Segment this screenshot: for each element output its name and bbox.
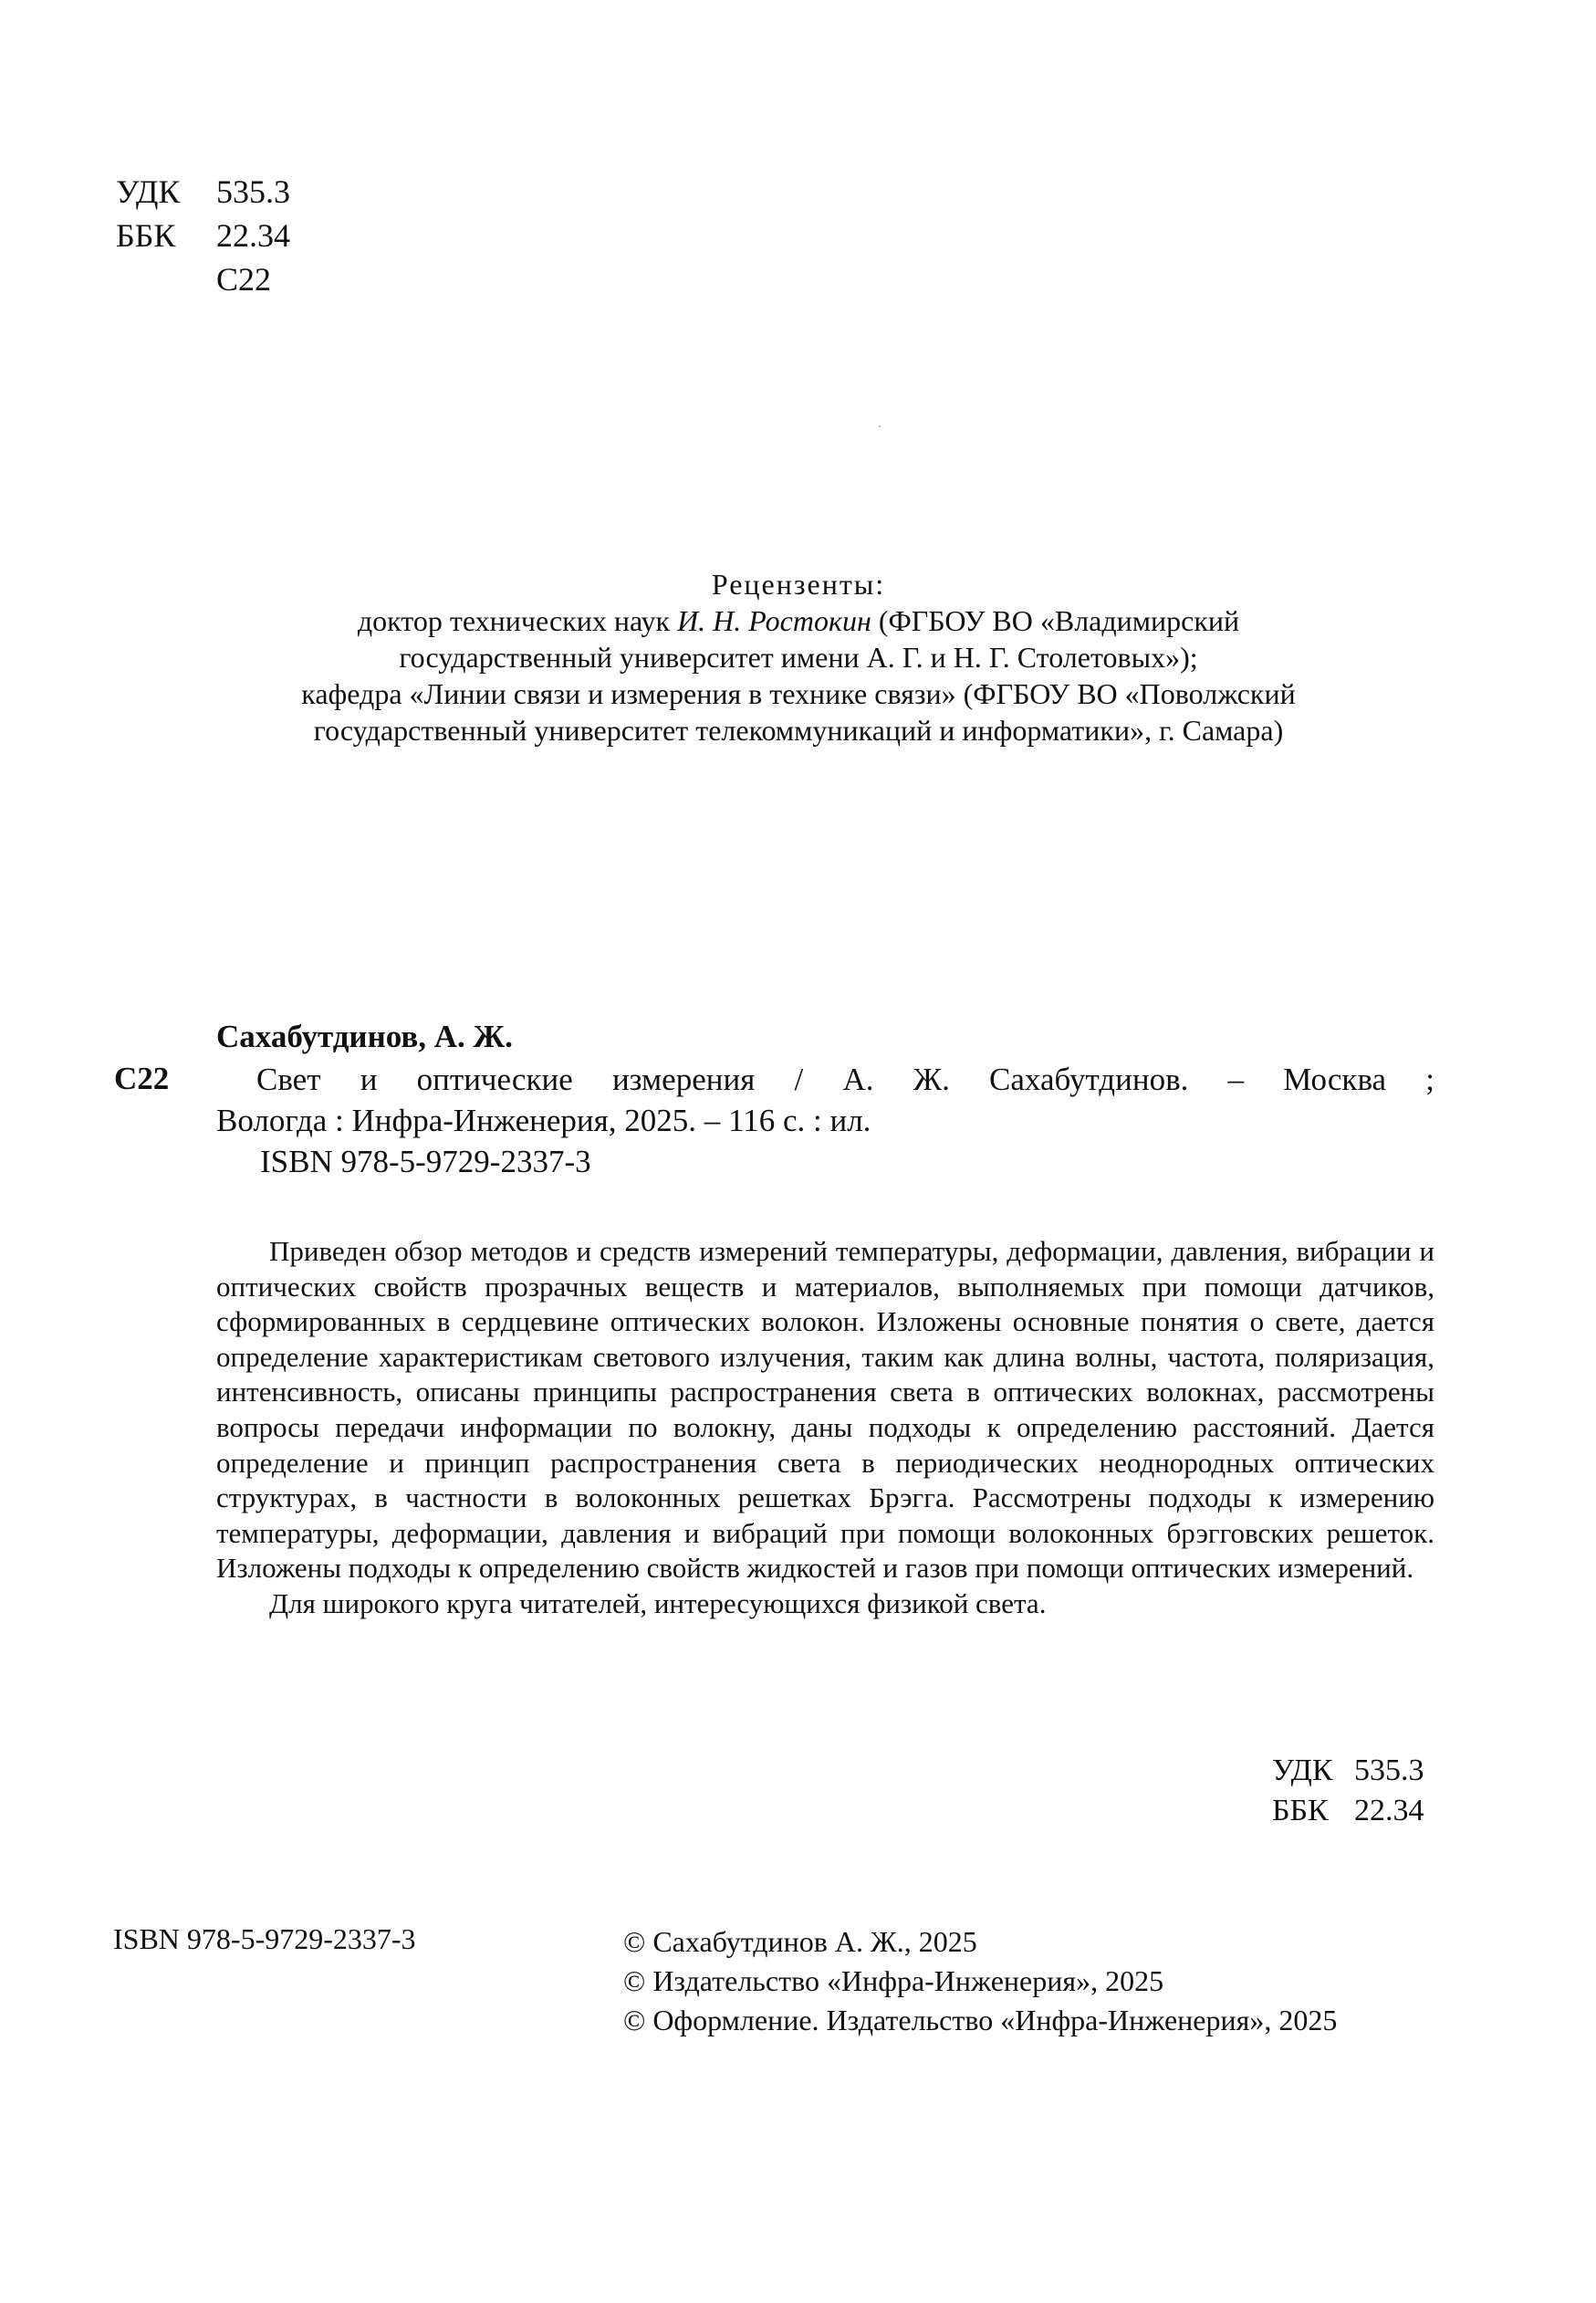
copyright-block: © Сахабутдинов А. Ж., 2025 © Издательств…	[623, 1922, 1337, 2040]
bbk-row: ББК 22.34	[116, 214, 290, 257]
reviewer-line-2: государственный университет имени А. Г. …	[146, 639, 1451, 675]
udk-value: 535.3	[216, 170, 290, 214]
audience-paragraph: Для широкого круга читателей, интересующ…	[216, 1586, 1434, 1622]
abstract: Приведен обзор методов и средств измерен…	[216, 1234, 1434, 1622]
classification-block-top: УДК 535.3 ББК 22.34 С22	[116, 170, 290, 301]
reviewer-name: И. Н. Ростокин	[677, 604, 871, 637]
copyright-line: © Сахабутдинов А. Ж., 2025	[623, 1922, 1337, 1962]
reviewers-title: Рецензенты:	[146, 566, 1451, 602]
udk-label: УДК	[116, 170, 216, 214]
bbk-label: ББК	[1272, 1791, 1354, 1831]
bbk-value: 22.34	[1354, 1791, 1424, 1831]
udk-row: УДК 535.3	[116, 170, 290, 214]
abstract-paragraph: Приведен обзор методов и средств измерен…	[216, 1234, 1434, 1586]
classification-block-bottom: УДК 535.3 ББК 22.34	[1272, 1751, 1424, 1831]
title-line: Свет и оптические измерения / А. Ж. Саха…	[216, 1059, 1434, 1100]
reviewers-block: Рецензенты: доктор технических наук И. Н…	[146, 566, 1451, 748]
udk-label: УДК	[1272, 1751, 1354, 1791]
bbk-label: ББК	[116, 214, 216, 257]
scan-speck	[879, 425, 881, 427]
copyright-line: © Издательство «Инфра-Инженерия», 2025	[623, 1962, 1337, 2001]
udk-value: 535.3	[1354, 1751, 1424, 1791]
cutter-code-bibliography: С22	[114, 1061, 169, 1097]
isbn-line: ISBN 978-5-9729-2337-3	[216, 1141, 1434, 1182]
bibliographic-record: Свет и оптические измерения / А. Ж. Саха…	[216, 1059, 1434, 1182]
author-heading: Сахабутдинов, А. Ж.	[216, 1019, 513, 1055]
bbk-value: 22.34	[216, 214, 290, 257]
reviewer-line-4: государственный университет телекоммуник…	[146, 712, 1451, 748]
copyright-line: © Оформление. Издательство «Инфра-Инжене…	[623, 2001, 1337, 2040]
cutter-code: С22	[116, 257, 290, 301]
imprint-line: Вологда : Инфра-Инженерия, 2025. – 116 с…	[216, 1100, 1434, 1141]
reviewer-line-3: кафедра «Линии связи и измерения в техни…	[146, 675, 1451, 712]
reviewer-line-1: доктор технических наук И. Н. Ростокин (…	[146, 602, 1451, 639]
isbn-footer: ISBN 978-5-9729-2337-3	[113, 1922, 416, 1956]
